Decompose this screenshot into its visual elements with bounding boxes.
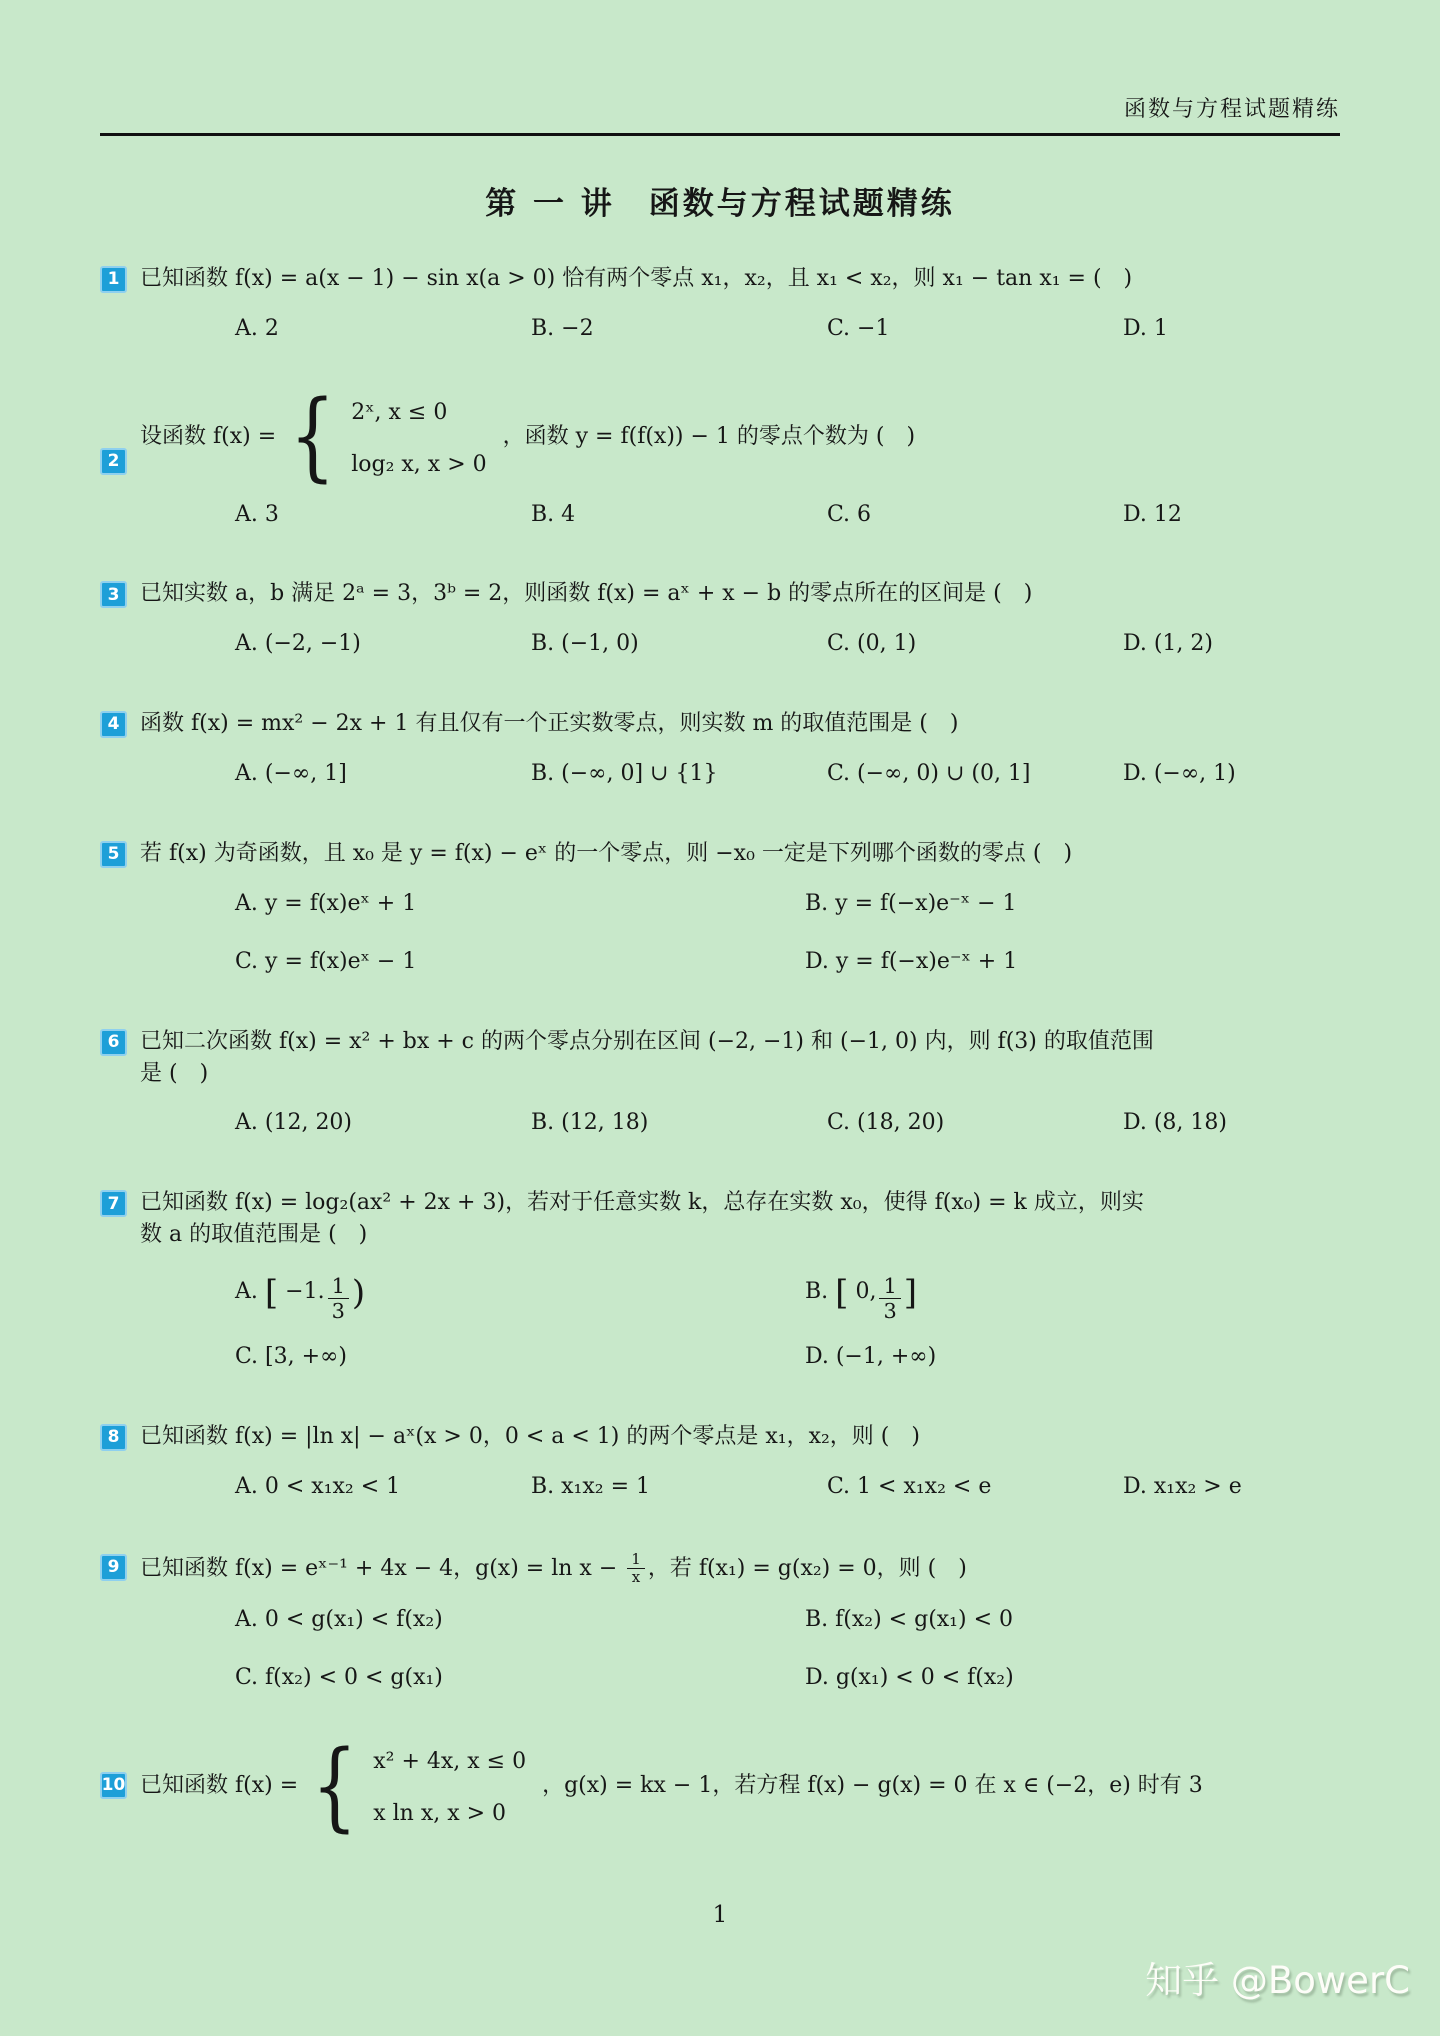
- question-4-text: 函数 f(x) = mx² − 2x + 1 有且仅有一个正实数零点，则实数 m…: [140, 708, 1340, 740]
- question-2-intro: 设函数 f(x) =: [140, 421, 276, 453]
- option-a: A. 2: [235, 313, 531, 345]
- question-4-body: 函数 f(x) = mx² − 2x + 1 有且仅有一个正实数零点，则实数 m…: [140, 708, 1340, 790]
- question-10-piecewise: 已知函数 f(x) = { x² + 4x, x ≤ 0 x ln x, x >…: [140, 1742, 1340, 1830]
- question-9-number-badge: 9: [100, 1554, 127, 1581]
- option-b: B. (−∞, 0] ∪ {1}: [531, 758, 827, 790]
- option-b: B. x₁x₂ = 1: [531, 1471, 827, 1503]
- question-5-number-badge: 5: [100, 841, 127, 868]
- question-9-options: A. 0 < g(x₁) < f(x₂) B. f(x₂) < g(x₁) < …: [235, 1604, 1340, 1694]
- close-paren: ): [352, 1273, 365, 1313]
- question-1-options: A. 2 B. −2 C. −1 D. 1: [235, 313, 1340, 345]
- question-6-text-line1: 已知二次函数 f(x) = x² + bx + c 的两个零点分别在区间 (−2…: [140, 1026, 1340, 1058]
- question-2-piecewise: 设函数 f(x) = { 2ˣ, x ≤ 0 log₂ x, x > 0 ，函数…: [140, 393, 1340, 481]
- question-7-text-line2: 数 a 的取值范围是 ( ): [140, 1219, 1340, 1251]
- question-3-body: 已知实数 a，b 满足 2ᵃ = 3，3ᵇ = 2，则函数 f(x) = aˣ …: [140, 578, 1340, 660]
- option-a: A. 0 < g(x₁) < f(x₂): [235, 1604, 805, 1636]
- question-10-cases: x² + 4x, x ≤ 0 x ln x, x > 0: [373, 1742, 526, 1830]
- fraction-one-over-x: 1x: [627, 1551, 645, 1587]
- question-5-options: A. y = f(x)eˣ + 1 B. y = f(−x)e⁻ˣ − 1 C.…: [235, 888, 1340, 978]
- question-2-number-badge: 2: [100, 448, 127, 475]
- page-title: 第 一 讲 函数与方程试题精练: [100, 178, 1340, 223]
- fraction-denominator: 3: [879, 1298, 900, 1323]
- option-b: B. (−1, 0): [531, 628, 827, 660]
- fraction-one-third: 13: [328, 1274, 349, 1323]
- option-b-label: B.: [805, 1279, 828, 1304]
- option-b: B. y = f(−x)e⁻ˣ − 1: [805, 888, 1340, 920]
- question-2-body: 设函数 f(x) = { 2ˣ, x ≤ 0 log₂ x, x > 0 ，函数…: [140, 393, 1340, 531]
- question-2-after: ，函数 y = f(f(x)) − 1 的零点个数为 ( ): [503, 421, 915, 453]
- fraction-denominator: 3: [328, 1298, 349, 1323]
- question-8: 8 已知函数 f(x) = |ln x| − aˣ(x > 0，0 < a < …: [100, 1421, 1340, 1503]
- question-5-text: 若 f(x) 为奇函数，且 x₀ 是 y = f(x) − eˣ 的一个零点，则…: [140, 838, 1340, 870]
- question-6-number-badge: 6: [100, 1029, 127, 1056]
- option-b: B. (12, 18): [531, 1107, 827, 1139]
- question-3-text: 已知实数 a，b 满足 2ᵃ = 3，3ᵇ = 2，则函数 f(x) = aˣ …: [140, 578, 1340, 610]
- question-6-body: 已知二次函数 f(x) = x² + bx + c 的两个零点分别在区间 (−2…: [140, 1026, 1340, 1140]
- fraction-one-third: 13: [879, 1274, 900, 1323]
- option-a: A. [ −1.13): [235, 1269, 805, 1323]
- question-4-number-badge: 4: [100, 711, 127, 738]
- option-d: D. (8, 18): [1123, 1107, 1340, 1139]
- question-3: 3 已知实数 a，b 满足 2ᵃ = 3，3ᵇ = 2，则函数 f(x) = a…: [100, 578, 1340, 660]
- option-a-label: A.: [235, 1279, 258, 1304]
- question-8-body: 已知函数 f(x) = |ln x| − aˣ(x > 0，0 < a < 1)…: [140, 1421, 1340, 1503]
- option-c: C. 6: [827, 499, 1123, 531]
- option-d: D. 1: [1123, 313, 1340, 345]
- question-9-post: ，若 f(x₁) = g(x₂) = 0，则 ( ): [648, 1556, 967, 1581]
- option-d: D. (−∞, 1): [1123, 758, 1340, 790]
- option-a-pre: −1.: [278, 1279, 324, 1304]
- left-brace-glyph: {: [290, 393, 336, 479]
- option-d: D. y = f(−x)e⁻ˣ + 1: [805, 946, 1340, 978]
- question-2-cases: 2ˣ, x ≤ 0 log₂ x, x > 0: [351, 393, 486, 481]
- question-3-options: A. (−2, −1) B. (−1, 0) C. (0, 1) D. (1, …: [235, 628, 1340, 660]
- option-d: D. 12: [1123, 499, 1340, 531]
- question-5-body: 若 f(x) 为奇函数，且 x₀ 是 y = f(x) − eˣ 的一个零点，则…: [140, 838, 1340, 978]
- option-b: B. −2: [531, 313, 827, 345]
- option-d: D. g(x₁) < 0 < f(x₂): [805, 1662, 1340, 1694]
- question-8-text: 已知函数 f(x) = |ln x| − aˣ(x > 0，0 < a < 1)…: [140, 1421, 1340, 1453]
- option-c: C. (−∞, 0) ∪ (0, 1]: [827, 758, 1123, 790]
- running-header: 函数与方程试题精练: [100, 92, 1340, 133]
- question-7-options-row2: C. [3, +∞) D. (−1, +∞): [235, 1341, 1340, 1373]
- option-c: C. y = f(x)eˣ − 1: [235, 946, 805, 978]
- question-6-options: A. (12, 20) B. (12, 18) C. (18, 20) D. (…: [235, 1107, 1340, 1139]
- worksheet-page: 函数与方程试题精练 第 一 讲 函数与方程试题精练 1 已知函数 f(x) = …: [0, 0, 1440, 2036]
- question-10-after: ，g(x) = kx − 1，若方程 f(x) − g(x) = 0 在 x ∈…: [542, 1770, 1203, 1802]
- question-2-options: A. 3 B. 4 C. 6 D. 12: [235, 499, 1340, 531]
- question-4: 4 函数 f(x) = mx² − 2x + 1 有且仅有一个正实数零点，则实数…: [100, 708, 1340, 790]
- case-2: x ln x, x > 0: [373, 1798, 526, 1830]
- option-c: C. −1: [827, 313, 1123, 345]
- question-7: 7 已知函数 f(x) = log₂(ax² + 2x + 3)，若对于任意实数…: [100, 1187, 1340, 1372]
- case-1: 2ˣ, x ≤ 0: [351, 397, 486, 429]
- fraction-denominator: x: [627, 1568, 645, 1586]
- question-9: 9 已知函数 f(x) = eˣ⁻¹ + 4x − 4，g(x) = ln x …: [100, 1551, 1340, 1694]
- option-a: A. 0 < x₁x₂ < 1: [235, 1471, 531, 1503]
- fraction-numerator: 1: [627, 1551, 645, 1568]
- option-c: C. (0, 1): [827, 628, 1123, 660]
- page-content: 函数与方程试题精练 第 一 讲 函数与方程试题精练 1 已知函数 f(x) = …: [0, 0, 1440, 1830]
- question-1-text: 已知函数 f(x) = a(x − 1) − sin x(a > 0) 恰有两个…: [140, 263, 1340, 295]
- option-a: A. (−2, −1): [235, 628, 531, 660]
- option-b-pre: 0,: [848, 1279, 876, 1304]
- option-a: A. (−∞, 1]: [235, 758, 531, 790]
- option-c: C. f(x₂) < 0 < g(x₁): [235, 1662, 805, 1694]
- case-1: x² + 4x, x ≤ 0: [373, 1746, 526, 1778]
- option-c: C. 1 < x₁x₂ < e: [827, 1471, 1123, 1503]
- option-c: C. (18, 20): [827, 1107, 1123, 1139]
- question-8-options: A. 0 < x₁x₂ < 1 B. x₁x₂ = 1 C. 1 < x₁x₂ …: [235, 1471, 1340, 1503]
- question-1-body: 已知函数 f(x) = a(x − 1) − sin x(a > 0) 恰有两个…: [140, 263, 1340, 345]
- header-rule: [100, 133, 1340, 136]
- question-6-text-line2: 是 ( ): [140, 1058, 1340, 1090]
- open-bracket: [: [835, 1273, 848, 1313]
- question-10-intro: 已知函数 f(x) =: [140, 1770, 298, 1802]
- fraction-numerator: 1: [328, 1274, 349, 1298]
- close-bracket: ]: [904, 1273, 917, 1313]
- left-brace-glyph: {: [312, 1743, 358, 1829]
- open-bracket: [: [265, 1273, 278, 1313]
- fraction-numerator: 1: [879, 1274, 900, 1298]
- question-8-number-badge: 8: [100, 1424, 127, 1451]
- question-1-number-badge: 1: [100, 266, 127, 293]
- case-2: log₂ x, x > 0: [351, 449, 486, 481]
- question-3-number-badge: 3: [100, 581, 127, 608]
- question-7-text-line1: 已知函数 f(x) = log₂(ax² + 2x + 3)，若对于任意实数 k…: [140, 1187, 1340, 1219]
- page-number: 1: [0, 1902, 1440, 1928]
- option-a: A. (12, 20): [235, 1107, 531, 1139]
- question-10: 10 已知函数 f(x) = { x² + 4x, x ≤ 0 x ln x, …: [100, 1742, 1340, 1830]
- question-6: 6 已知二次函数 f(x) = x² + bx + c 的两个零点分别在区间 (…: [100, 1026, 1340, 1140]
- option-b: B. f(x₂) < g(x₁) < 0: [805, 1604, 1340, 1636]
- question-2: 2 设函数 f(x) = { 2ˣ, x ≤ 0 log₂ x, x > 0 ，…: [100, 393, 1340, 531]
- question-9-pre: 已知函数 f(x) = eˣ⁻¹ + 4x − 4，g(x) = ln x −: [140, 1556, 624, 1581]
- question-7-number-badge: 7: [100, 1190, 127, 1217]
- option-c: C. [3, +∞): [235, 1341, 805, 1373]
- option-b: B. [ 0,13]: [805, 1269, 1340, 1323]
- option-a: A. 3: [235, 499, 531, 531]
- question-9-body: 已知函数 f(x) = eˣ⁻¹ + 4x − 4，g(x) = ln x − …: [140, 1551, 1340, 1694]
- option-d: D. (1, 2): [1123, 628, 1340, 660]
- question-7-body: 已知函数 f(x) = log₂(ax² + 2x + 3)，若对于任意实数 k…: [140, 1187, 1340, 1372]
- option-d: D. (−1, +∞): [805, 1341, 1340, 1373]
- option-a: A. y = f(x)eˣ + 1: [235, 888, 805, 920]
- question-5: 5 若 f(x) 为奇函数，且 x₀ 是 y = f(x) − eˣ 的一个零点…: [100, 838, 1340, 978]
- watermark: 知乎 @BowerC: [1145, 1950, 1410, 2004]
- option-d: D. x₁x₂ > e: [1123, 1471, 1340, 1503]
- question-1: 1 已知函数 f(x) = a(x − 1) − sin x(a > 0) 恰有…: [100, 263, 1340, 345]
- question-10-number-badge: 10: [100, 1772, 127, 1799]
- question-9-text: 已知函数 f(x) = eˣ⁻¹ + 4x − 4，g(x) = ln x − …: [140, 1551, 1340, 1587]
- question-10-body: 已知函数 f(x) = { x² + 4x, x ≤ 0 x ln x, x >…: [140, 1742, 1340, 1830]
- question-4-options: A. (−∞, 1] B. (−∞, 0] ∪ {1} C. (−∞, 0) ∪…: [235, 758, 1340, 790]
- option-b: B. 4: [531, 499, 827, 531]
- question-7-options-row1: A. [ −1.13) B. [ 0,13]: [235, 1269, 1340, 1323]
